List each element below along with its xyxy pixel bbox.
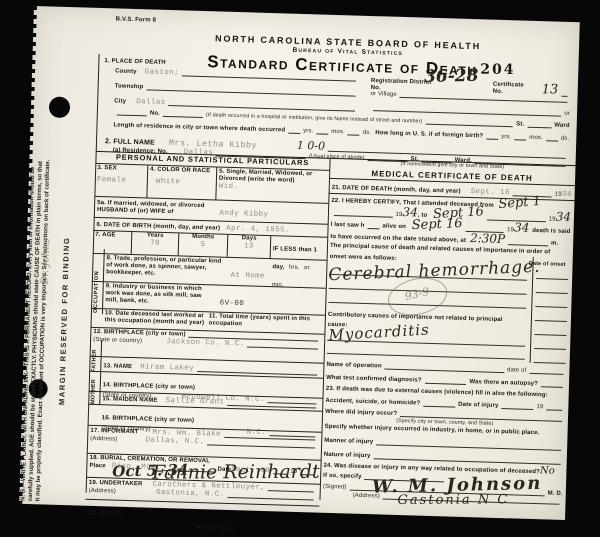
- father-gutter: FATHER: [89, 340, 102, 372]
- trade-label: 8. Trade, profession, or particular kind…: [106, 255, 227, 279]
- township-label: Township: [115, 83, 144, 91]
- registrar-label: REGISTRAR.: [196, 525, 236, 532]
- spouse-label: 5a. If married, widowed, or divorced HUS…: [97, 200, 215, 217]
- no-label: No.: [150, 110, 160, 117]
- ruled-line: [535, 307, 567, 322]
- last-saw-label-1: I last saw h: [331, 222, 365, 230]
- mos-label-2: mos.: [529, 135, 543, 142]
- informant-address-value: Dallas, N.C.: [145, 437, 204, 447]
- total-time-label: 11. Total time (years) spent in this occ…: [208, 313, 321, 332]
- sex-label: 3. SEX: [97, 165, 145, 173]
- ruled-line: [207, 444, 315, 448]
- father-birthplace-label: 14. BIRTHPLACE (city or town): [103, 382, 195, 391]
- ruled-line: [508, 244, 548, 246]
- ruled-line: [546, 409, 562, 410]
- st-label: St.: [516, 121, 524, 128]
- mother-gutter-label: MOTHER: [90, 374, 97, 404]
- race-value: White: [156, 178, 214, 188]
- last-worked-label: 10. Date deceased last worked at this oc…: [105, 310, 209, 329]
- ruled-line: [501, 408, 533, 410]
- years-value: 70: [132, 239, 178, 248]
- sex-value: Female: [97, 176, 145, 185]
- last-saw-year: 34: [514, 220, 530, 234]
- city-label: City: [114, 99, 126, 106]
- filed-row: 20. FILED REGISTRAR.: [85, 500, 320, 536]
- or-label: or: [564, 111, 570, 118]
- form-number: B.V.S. Form 8: [116, 16, 157, 24]
- days-value: 13: [228, 242, 270, 251]
- county-value: Gaston;: [145, 68, 180, 77]
- or-village-label: or Village: [370, 91, 397, 99]
- punch-hole-top: [49, 96, 71, 118]
- ruled-line: [535, 293, 567, 308]
- maiden-name-label: 15. MAIDEN NAME: [102, 396, 157, 405]
- ds-label: ds.: [363, 130, 372, 137]
- race-cell: 4. COLOR OR RACE White: [147, 165, 217, 199]
- months-value: 5: [179, 240, 227, 249]
- registrar-signature: Fannie Reinhardt: [152, 461, 319, 484]
- signed-label: (Signed): [323, 484, 347, 492]
- informant-address-label: (Address): [90, 436, 118, 444]
- yrs-label-2: yrs.: [501, 134, 511, 141]
- date-of-label: date of: [507, 367, 527, 374]
- filed-label: 20. FILED: [88, 510, 121, 518]
- age-months-cell: Months 5: [179, 233, 229, 256]
- death-said-label: death is said: [532, 228, 570, 236]
- scanned-death-certificate: { "m":{ "nb":"N. B.\u2014WRITE PLAINLY, …: [0, 0, 600, 537]
- medical-certificate-column: (If nonresident give city or town and St…: [319, 159, 575, 507]
- ruled-line: [514, 139, 526, 140]
- full-name-annotation: 1 0-0: [297, 139, 326, 153]
- date-of-injury-label: Date of injury: [458, 402, 499, 410]
- personal-particulars-column: PERSONAL AND STATISTICAL PARTICULARS 3. …: [86, 152, 331, 500]
- mother-gutter: MOTHER: [88, 372, 101, 405]
- occupation-gutter-label: OCCUPATION: [93, 253, 101, 313]
- date-of-death-year: 34: [562, 191, 572, 199]
- father-name-value: Hiram Lakey: [140, 363, 194, 373]
- undertaker-address-label: (Address): [89, 488, 117, 496]
- undertaker-address-value: Gastonia, N.C.: [156, 489, 225, 499]
- industry-value: 6V-00: [220, 299, 245, 308]
- district-value-handwritten: 36-28: [424, 66, 479, 87]
- ruled-line: [527, 127, 551, 129]
- industry-label: 9. Industry or business in which work wa…: [105, 283, 216, 307]
- m-label: m.: [551, 241, 559, 248]
- race-label: 4. COLOR OR RACE: [150, 167, 214, 176]
- burial-place-label: Place: [89, 463, 106, 470]
- ruled-line: [247, 346, 318, 349]
- time-of-death-value: 2:30P: [470, 231, 505, 246]
- father-name-label: 13. NAME: [103, 363, 132, 371]
- ruled-line: [117, 114, 147, 116]
- birthplace-value: Jackson Co. N.C.: [166, 338, 245, 348]
- spouse-value: Andy Kibby: [219, 210, 268, 219]
- manner-label: Manner of injury: [324, 438, 373, 446]
- father-gutter-label: FATHER: [91, 342, 98, 372]
- ruled-line: [348, 134, 360, 135]
- age-label: 7. AGE: [95, 232, 129, 240]
- ward-label: Ward: [554, 122, 570, 129]
- md-label: M. D.: [548, 491, 563, 498]
- ruled-line: [534, 349, 566, 364]
- ruled-line: [163, 116, 203, 118]
- if-less-cell: IF LESS than 1 day, hrs. or min.: [271, 236, 328, 260]
- year-19-print-5: 19: [536, 404, 543, 411]
- maiden-name-value: Sallie Grant: [165, 397, 224, 407]
- ruled-line: [425, 124, 513, 128]
- dob-value: Apr. 4, 1855.: [226, 225, 290, 235]
- ds-label-2: ds.: [561, 136, 570, 143]
- age-years-cell: Years 70: [132, 232, 180, 255]
- attended-from-value: Sept 1: [497, 194, 541, 212]
- ruled-line: [316, 133, 328, 134]
- ruled-line: [541, 386, 563, 388]
- ruled-line: [288, 132, 300, 133]
- trade-value: At Home: [230, 272, 265, 281]
- ruled-line: [536, 265, 568, 280]
- certificate-no-value: 13: [542, 82, 559, 97]
- onset-lines: [534, 265, 569, 364]
- last-saw-value: Sept 16: [412, 216, 463, 233]
- ruled-line: [529, 373, 563, 375]
- physician-address-handwritten: Gastonia N C: [397, 492, 509, 508]
- if-so-label: If so, specify: [323, 473, 362, 481]
- informant-label: 17. INFORMANT: [90, 428, 138, 436]
- sex-cell: 3. SEX Female: [94, 164, 148, 198]
- certificate-paper: N. B.—WRITE PLAINLY, WITH UNFADING INK—T…: [19, 6, 580, 520]
- ruled-line: [536, 279, 568, 294]
- county-label: County: [115, 69, 137, 77]
- ruled-line: [424, 383, 466, 385]
- mother-birthplace-label: 16. BIRTHPLACE (city or town): [102, 415, 194, 424]
- last-saw-label-2: alive on: [382, 224, 406, 232]
- nature-label: Nature of injury: [324, 452, 371, 460]
- occupation-gutter: OCCUPATION: [91, 249, 105, 314]
- ruled-line: [546, 140, 558, 141]
- age-days-cell: Days 13: [228, 235, 272, 258]
- city-value: Dallas: [136, 98, 166, 107]
- ruled-line: [534, 335, 566, 350]
- mother-birthplace-value: N.C.: [246, 428, 266, 437]
- yrs-label: yrs.: [303, 128, 313, 135]
- mos-label: mos.: [331, 129, 345, 136]
- marital-cell: 5. Single, Married, Widowed, or Divorced…: [216, 168, 329, 203]
- ruled-line: [486, 138, 498, 139]
- to-year-value: 34: [555, 210, 571, 224]
- ruled-line: [423, 406, 455, 408]
- ruled-line: [227, 405, 316, 409]
- ruled-line: [534, 321, 566, 336]
- ruled-line: [367, 228, 379, 229]
- ruled-line: [227, 497, 313, 501]
